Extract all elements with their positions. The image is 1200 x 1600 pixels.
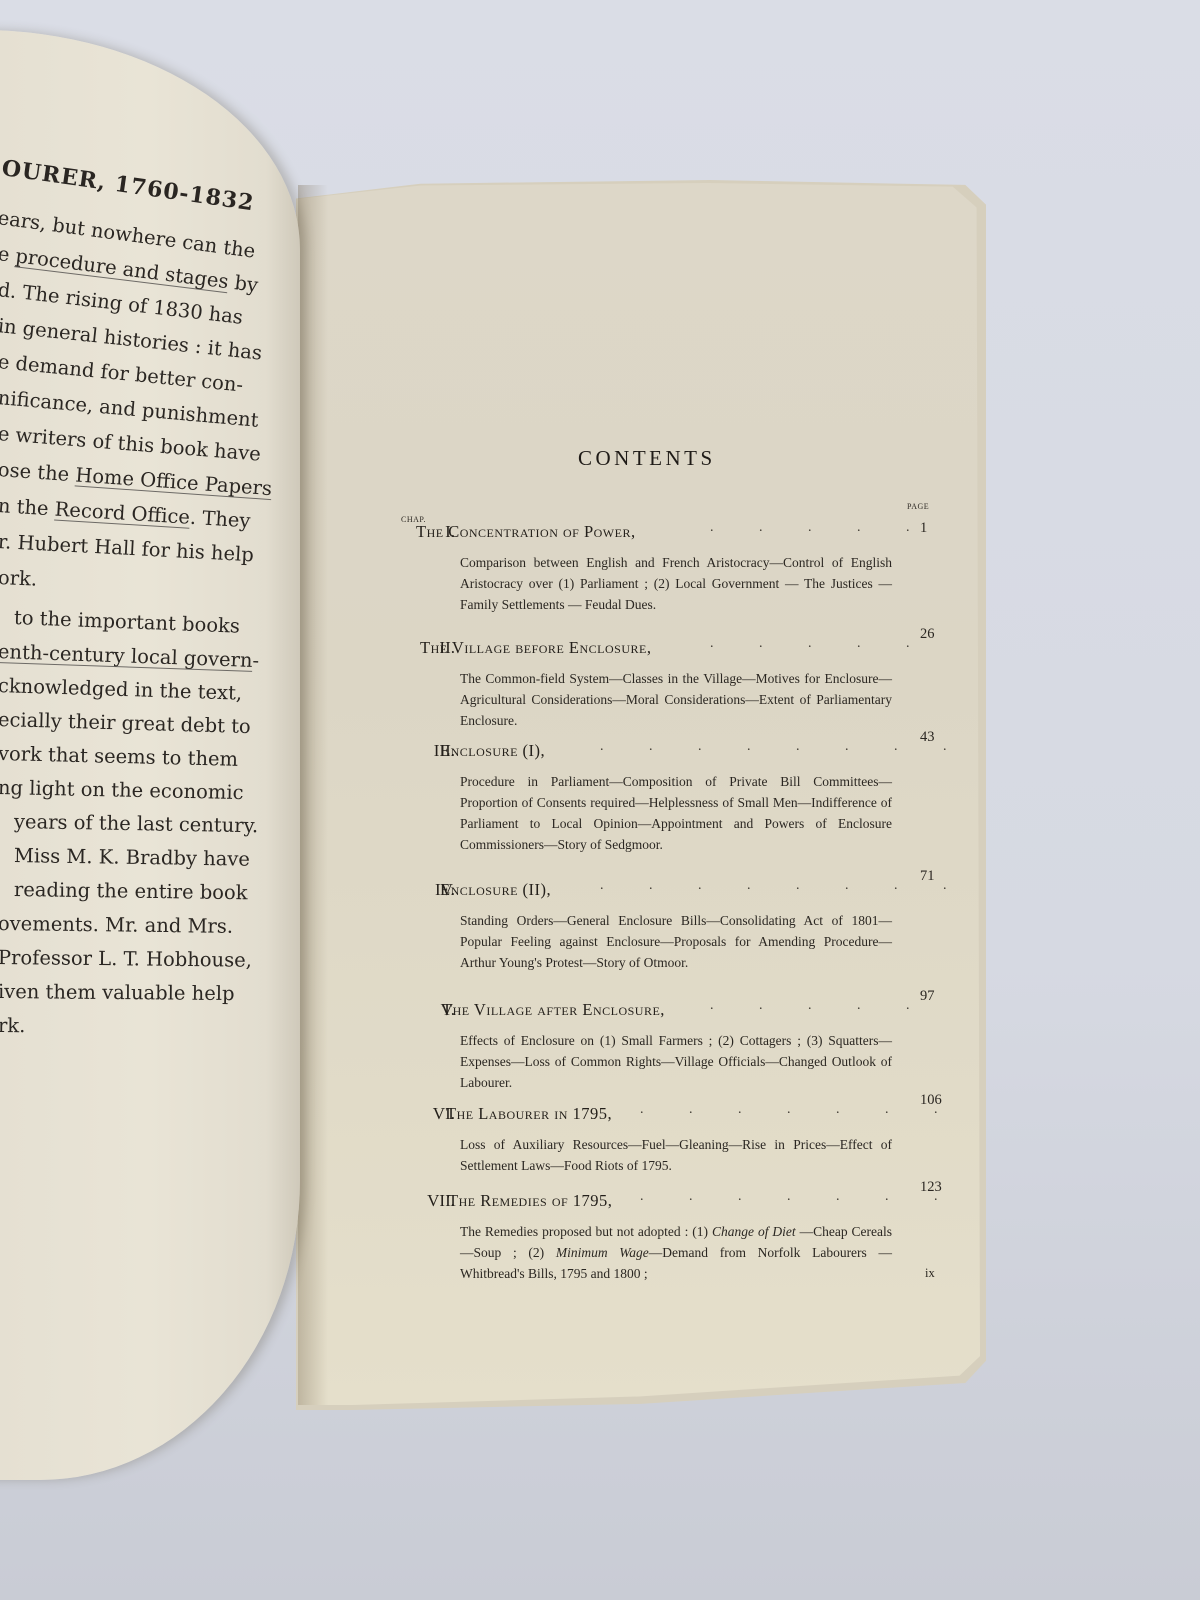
toc-entry: VII. The Remedies of 1795, . . . . . . .… (400, 1191, 960, 1284)
chapter-title: The Village after Enclosure, (442, 1000, 665, 1020)
left-text-line: cknowledged in the text, (0, 674, 242, 705)
dot-leader: . . . . . . . . (600, 878, 895, 894)
page-number: 123 (920, 1179, 942, 1196)
page-number: 71 (920, 868, 935, 885)
left-text-line: ose the Home Office Papers (0, 458, 273, 500)
left-text-line: ng light on the economic (0, 776, 244, 804)
gutter-shadow (298, 185, 328, 1405)
underline-annotation: Record Office (54, 497, 191, 528)
chapter-title: Enclosure (II), (440, 880, 551, 900)
left-text-line: ovements. Mr. and Mrs. (0, 912, 233, 938)
underline-annotation: enth-century local govern (0, 640, 253, 672)
left-text-line: vork that seems to them (0, 742, 238, 771)
left-text-line: enth-century local govern- (0, 640, 259, 672)
chapter-summary: The Common-field System—Classes in the V… (460, 668, 892, 731)
left-text-line: ork. (0, 566, 38, 591)
page-number: 43 (920, 729, 935, 746)
page-number: 26 (920, 626, 935, 643)
page-number: 1 (920, 520, 927, 537)
chapter-summary: Effects of Enclosure on (1) Small Farmer… (460, 1030, 892, 1093)
page-column-label: PAGE (907, 502, 929, 511)
chapter-title: Enclosure (I), (440, 741, 545, 761)
chapter-title: The Village before Enclosure, (420, 638, 651, 658)
dot-leader: . . . . . . . . (600, 739, 895, 755)
underline-annotation: Home Office Papers (75, 463, 273, 500)
page-number: 97 (920, 988, 935, 1005)
left-text-line: reading the entire book (14, 878, 248, 904)
left-text-line: ecially their great debt to (0, 708, 251, 738)
chapter-title: The Labourer in 1795, (446, 1104, 612, 1124)
dot-leader: . . . . . (710, 998, 895, 1014)
dot-leader: . . . . . . . (640, 1189, 895, 1205)
page-folio: ix (925, 1266, 935, 1281)
left-page-text: OURER, 1760-1832 ears, but nowhere can t… (0, 30, 300, 1480)
left-text-line: rk. (0, 1014, 25, 1037)
toc-entry: III. Enclosure (I), . . . . . . . . 43 P… (400, 741, 960, 855)
page-number: 106 (920, 1092, 942, 1109)
chapter-summary: Comparison between English and French Ar… (460, 552, 892, 615)
left-text-line: years of the last century. (14, 810, 259, 837)
toc-entry: V. The Village after Enclosure, . . . . … (400, 1000, 960, 1093)
dot-leader: . . . . . (710, 520, 895, 536)
chapter-title: The Concentration of Power, (416, 522, 636, 542)
dot-leader: . . . . . . . (640, 1102, 895, 1118)
chapter-title: The Remedies of 1795, (448, 1191, 612, 1211)
left-text-line: to the important books (14, 606, 241, 638)
left-text-line: n the Record Office. They (0, 494, 251, 532)
dot-leader: . . . . . (710, 636, 895, 652)
toc-entry: VI. The Labourer in 1795, . . . . . . . … (400, 1104, 960, 1176)
left-page: OURER, 1760-1832 ears, but nowhere can t… (0, 30, 300, 1480)
left-text-line: r. Hubert Hall for his help (0, 530, 254, 566)
toc-entry: IV. Enclosure (II), . . . . . . . . 71 S… (400, 880, 960, 973)
left-text-line: iven them valuable help (0, 980, 235, 1005)
italic-phrase: Change of Diet (712, 1224, 796, 1239)
left-text-line: Professor L. T. Hobhouse, (0, 946, 252, 972)
italic-phrase: Minimum Wage (556, 1245, 649, 1260)
left-text-line: Miss M. K. Bradby have (14, 844, 250, 871)
toc-entry: II. The Village before Enclosure, . . . … (400, 638, 960, 731)
chapter-summary: Loss of Auxiliary Resources—Fuel—Gleanin… (460, 1134, 892, 1176)
toc-entry: I. The Concentration of Power, . . . . .… (400, 522, 960, 615)
chapter-summary: Procedure in Parliament—Composition of P… (460, 771, 892, 855)
running-header: OURER, 1760-1832 (0, 155, 256, 216)
contents-heading: CONTENTS (578, 446, 716, 471)
chapter-summary: The Remedies proposed but not adopted : … (460, 1221, 892, 1284)
chapter-summary: Standing Orders—General Enclosure Bills—… (460, 910, 892, 973)
